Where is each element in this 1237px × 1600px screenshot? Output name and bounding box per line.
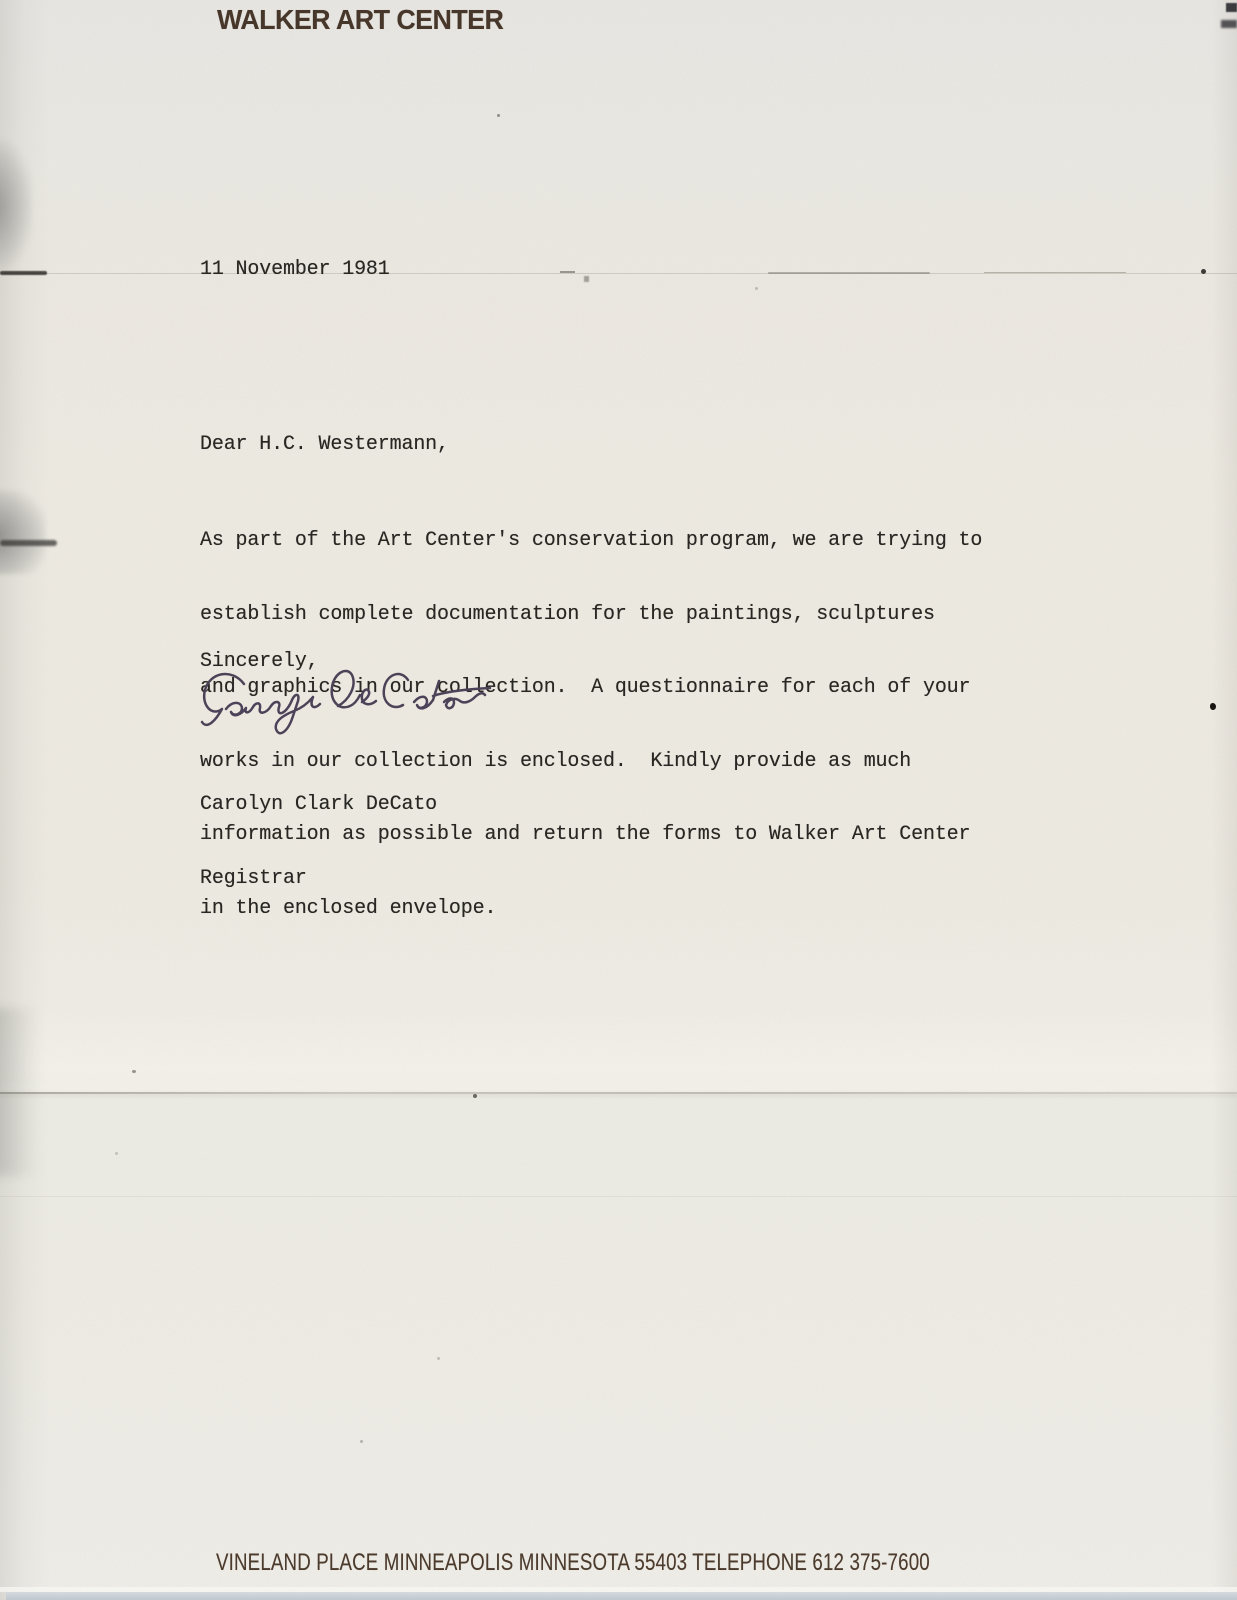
scan-mark-top-right — [1221, 20, 1237, 28]
fold-crease-faint — [0, 1196, 1237, 1197]
footer-address: VINELAND PLACE MINNEAPOLIS MINNESOTA 554… — [216, 1549, 930, 1576]
fold-mark-segment — [984, 272, 1126, 273]
scan-speck — [755, 287, 758, 290]
scan-edge-band — [6, 1592, 1237, 1600]
fold-mark-segment — [560, 271, 575, 273]
scan-smudge-left-top — [0, 140, 32, 272]
letter-document: WALKER ART CENTER 11 November 1981 Dear … — [0, 0, 1237, 1600]
sender-title: Registrar — [200, 867, 437, 892]
ink-spot — [1210, 703, 1216, 710]
scan-speck — [360, 1440, 363, 1443]
scan-speck — [115, 1152, 118, 1155]
fold-mark-dot — [1201, 269, 1206, 274]
fold-crease-middle — [0, 1092, 1237, 1094]
body-line: As part of the Art Center's conservation… — [200, 529, 982, 554]
fold-mark-segment — [768, 272, 930, 274]
footer: VINELAND PLACE MINNEAPOLIS MINNESOTA 554… — [216, 1549, 1131, 1576]
scan-mark-left-middle — [0, 540, 57, 546]
scan-speck — [497, 114, 500, 117]
letterhead-org-name: WALKER ART CENTER — [217, 5, 503, 35]
sender-block: Carolyn Clark DeCato Registrar — [200, 744, 437, 940]
fold-mark-segment — [584, 276, 589, 282]
salutation: Dear H.C. Westermann, — [200, 433, 449, 458]
scan-speck — [132, 1070, 136, 1073]
signature-ink — [191, 664, 513, 744]
scan-speck — [437, 1357, 440, 1360]
date-line: 11 November 1981 — [200, 258, 390, 283]
scan-mark-top-right — [1226, 3, 1237, 12]
sender-name: Carolyn Clark DeCato — [200, 793, 437, 818]
scan-speck — [473, 1094, 477, 1098]
fold-crease-top — [0, 273, 1237, 274]
fold-mark-left — [0, 271, 47, 275]
body-line: establish complete documentation for the… — [200, 603, 982, 628]
scan-smudge-left-middle — [0, 490, 46, 574]
